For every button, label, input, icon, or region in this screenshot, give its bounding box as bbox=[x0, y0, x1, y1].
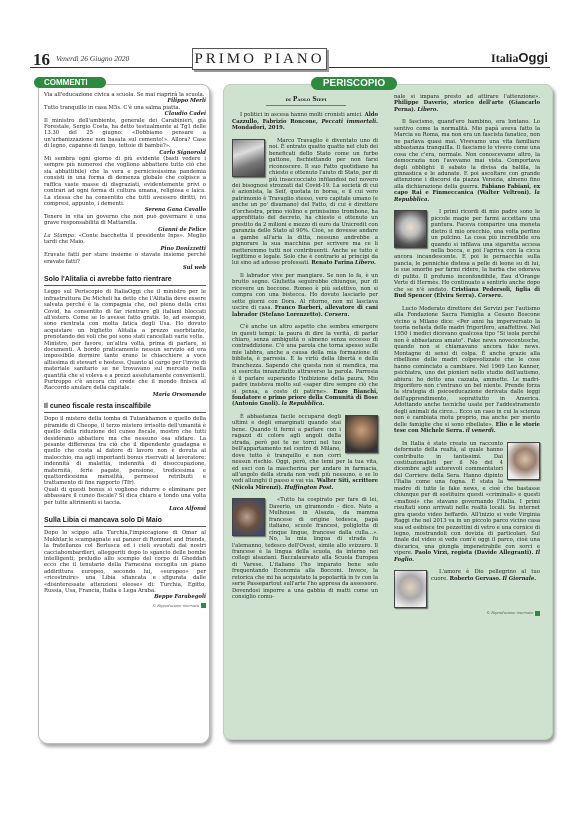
portrait-photo bbox=[232, 498, 265, 536]
comment-text: Mi sembra ogni giorno di più evidente (b… bbox=[44, 156, 206, 207]
newspaper-logo: ItaliaOggi bbox=[491, 50, 548, 66]
quote: È abbastanza facile occuparsi degli ulti… bbox=[232, 414, 378, 491]
quote: L'amore è Dio pellegrino al tuo cuore. R… bbox=[394, 569, 540, 582]
quote-source: Corsera. bbox=[324, 312, 349, 318]
quote: C'è anche un altro aspetto che sembra em… bbox=[232, 324, 378, 408]
letter-text: Dopo il mistero della tomba di Tutankham… bbox=[44, 416, 206, 486]
quote-source: Il Giornale. bbox=[502, 576, 536, 582]
quote-text: C'è anche un altro aspetto che sembra em… bbox=[232, 324, 378, 395]
letter-text: Dopo lo scippo alla Turchia,l'impiccagio… bbox=[44, 530, 206, 594]
portrait-photo bbox=[345, 415, 378, 453]
quote-source: il venerdì. bbox=[466, 428, 496, 434]
portrait-photo bbox=[507, 442, 540, 480]
quote-text: I politici in ascesa hanno molti cronist… bbox=[240, 112, 365, 118]
quote-author: Renato Farina bbox=[311, 260, 353, 266]
periscopio-tag: PERISCOPIO bbox=[311, 77, 397, 90]
quote: nale si impara presto ad attirare l'atte… bbox=[394, 94, 540, 113]
page-header: 16 Venerdì 26 Giugno 2020 PRIMO PIANO It… bbox=[30, 48, 550, 70]
logo-part-1: Italia bbox=[491, 51, 518, 65]
letter-title: Sulla Libia ci mancava solo Di Maio bbox=[44, 516, 206, 527]
section-title: PRIMO PIANO bbox=[192, 48, 327, 70]
book-title: Peccati immortali bbox=[321, 119, 376, 125]
quote-source: la Repubblica. bbox=[282, 401, 325, 407]
quote-source: Corsera. bbox=[478, 293, 503, 299]
letter-text: Leggo sul Periscopio di ItaliaOggi che i… bbox=[44, 289, 206, 340]
letter-title: Solo l'Alitalia ci avrebbe fatto rientra… bbox=[44, 275, 206, 286]
quote: I primi ricordi di mio padre sono le pic… bbox=[394, 209, 540, 299]
quote: Il labrador vive per mangiare. Se non lo… bbox=[232, 273, 378, 318]
quote-author: Paolo Virzì, regista (Davide Allegranti)… bbox=[415, 550, 534, 556]
periscopio-column-2: nale si impara presto ad attirare l'atte… bbox=[394, 94, 540, 617]
copyright-text: © Riproduzione riservata bbox=[487, 611, 534, 615]
quote-source: Huffington Post. bbox=[284, 485, 333, 491]
issue-date: Venerdì 26 Giugno 2020 bbox=[56, 54, 129, 63]
periscopio-column-1: di Paolo Siepi I politici in ascesa hann… bbox=[232, 94, 378, 601]
letter-text: Quali di questi bonus si vogliono ridurr… bbox=[44, 487, 206, 506]
letter-title: Il cuneo fiscale resta inscalfibile bbox=[44, 402, 206, 413]
byline: di Paolo Siepi bbox=[266, 97, 346, 106]
commenti-column: Via all'educazione civica a scuola. Se m… bbox=[44, 92, 206, 609]
quote-source: Libero. bbox=[355, 260, 376, 266]
quote: Marco Travaglio è diventato uno di noi. … bbox=[232, 138, 378, 267]
portrait-photo bbox=[394, 570, 427, 608]
comment-text: Tenere in vita un governo che non può go… bbox=[44, 214, 206, 227]
logo-part-2: Oggi bbox=[518, 50, 548, 65]
comment-source: La Stampa bbox=[44, 233, 74, 239]
letter-author: Beppe Farabegoli bbox=[44, 594, 206, 600]
commenti-tag: COMMENTI bbox=[34, 77, 106, 88]
quote-text: Lucio Moderato direttore dei Servizi per… bbox=[394, 306, 540, 428]
quote: In Italia è stato creato un racconto def… bbox=[394, 441, 540, 564]
comment-author: Sul web bbox=[44, 265, 206, 271]
end-square-icon bbox=[535, 611, 540, 616]
quote-text: Il fascismo, quand'ero bambino, era lont… bbox=[394, 119, 540, 190]
quote: «Tutto ha cospirato per fare di lei, Dav… bbox=[232, 497, 378, 600]
quote: Lucio Moderato direttore dei Servizi per… bbox=[394, 306, 540, 435]
quote-source: Libero. bbox=[417, 107, 438, 113]
comment-text: Eravate fatti per stare insieme o stavat… bbox=[44, 252, 206, 265]
copyright-notice: © Riproduzione riservata bbox=[44, 603, 206, 609]
comment-text: Il ministro dell'ambiente, generale dei … bbox=[44, 118, 206, 150]
copyright-notice: © Riproduzione riservata bbox=[394, 610, 540, 616]
quote: I politici in ascesa hanno molti cronist… bbox=[232, 112, 378, 131]
portrait-photo bbox=[394, 210, 427, 248]
letter-author: Luca Alfonsi bbox=[44, 506, 206, 512]
portrait-photo bbox=[232, 139, 265, 177]
end-square-icon bbox=[201, 603, 206, 608]
copyright-text: © Riproduzione riservata bbox=[153, 604, 200, 608]
quote-author: Roberto Gervaso. bbox=[450, 576, 501, 582]
comment-text: La Stampa: «Conte bacchetta il president… bbox=[44, 233, 206, 246]
letter-author: Maria Orsomando bbox=[44, 392, 206, 398]
letter-text: Ministro, per favore, un'altra volta, pr… bbox=[44, 341, 206, 392]
quote-author: Philippe Daverio, storico dell'arte (Gia… bbox=[394, 100, 540, 112]
quote: Il fascismo, quand'ero bambino, era lont… bbox=[394, 119, 540, 203]
